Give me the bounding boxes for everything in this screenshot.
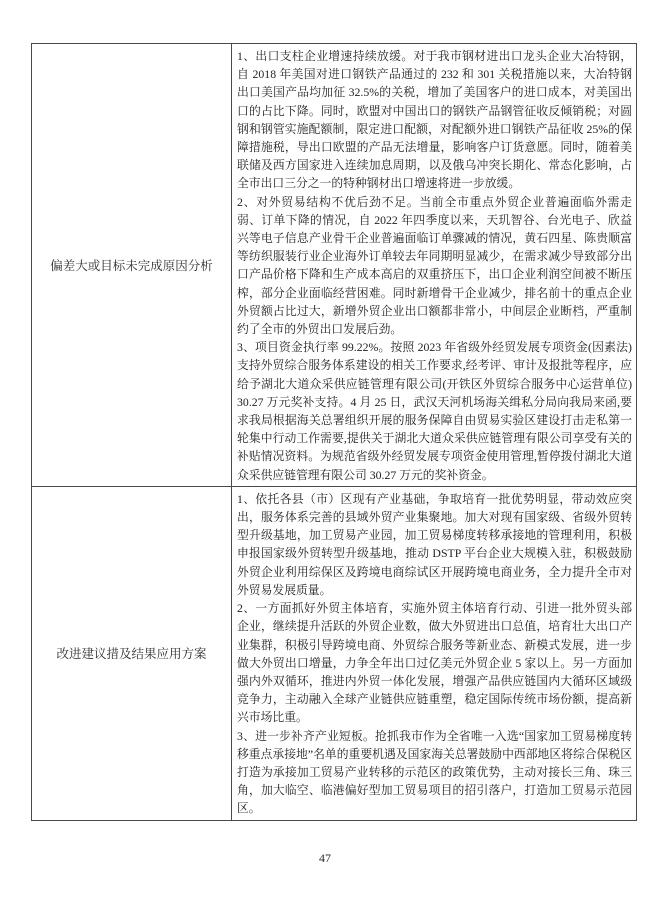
row-label: 偏差大或目标未完成原因分析: [33, 48, 230, 482]
row-label: 改进建议措及结果应用方案: [33, 490, 230, 817]
row-label-cell: 改进建议措及结果应用方案: [32, 486, 232, 820]
report-table: 偏差大或目标未完成原因分析 1、出口支柱企业增速持续放缓。对于我市钢材进出口龙头…: [31, 43, 637, 821]
table-row-improvement-plan: 改进建议措及结果应用方案 1、依托各县（市）区现有产业基础，争取培育一批优势明显…: [32, 486, 637, 820]
paragraph: 1、出口支柱企业增速持续放缓。对于我市钢材进出口龙头企业大冶特钢，自 2018 …: [237, 47, 632, 193]
paragraph: 1、依托各县（市）区现有产业基础，争取培育一批优势明显，带动效应突出，服务体系完…: [237, 490, 632, 599]
page-number: 47: [0, 851, 650, 866]
table-row-deviation-analysis: 偏差大或目标未完成原因分析 1、出口支柱企业增速持续放缓。对于我市钢材进出口龙头…: [32, 44, 637, 487]
paragraph: 2、一方面抓好外贸主体培育，实施外贸主体培育行动、引进一批外贸头部企业，继续提升…: [237, 599, 632, 726]
paragraph: 3、进一步补齐产业短板。抢抓我市作为全省唯一入选“国家加工贸易梯度转移重点承接地…: [237, 727, 632, 818]
row-label-cell: 偏差大或目标未完成原因分析: [32, 44, 232, 487]
paragraph: 2、对外贸易结构不优后劲不足。当前全市重点外贸企业普遍面临外需走弱、订单下降的情…: [237, 193, 632, 339]
document-page: 偏差大或目标未完成原因分析 1、出口支柱企业增速持续放缓。对于我市钢材进出口龙头…: [0, 0, 650, 920]
paragraph: 3、项目资金执行率 99.22%。按照 2023 年省级外经贸发展专项资金(因素…: [237, 338, 632, 484]
row-content-cell: 1、出口支柱企业增速持续放缓。对于我市钢材进出口龙头企业大冶特钢，自 2018 …: [232, 44, 637, 487]
row-content-cell: 1、依托各县（市）区现有产业基础，争取培育一批优势明显，带动效应突出，服务体系完…: [232, 486, 637, 820]
